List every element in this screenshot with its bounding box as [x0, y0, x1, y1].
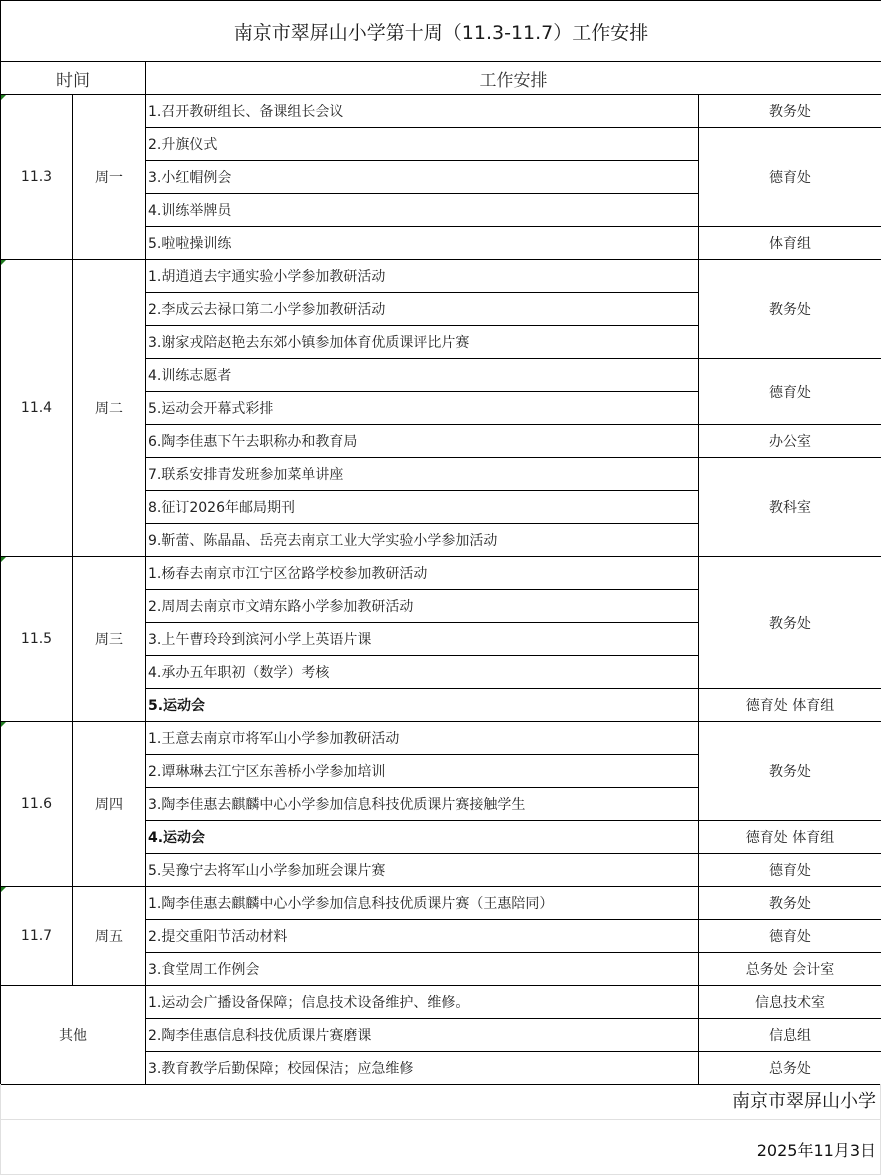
department-cell[interactable]: 信息技术室: [699, 986, 881, 1019]
department-cell[interactable]: 办公室: [699, 425, 881, 458]
date-cell[interactable]: 11.6: [1, 722, 73, 887]
table-row: 11.6周四1.王意去南京市将军山小学参加教研活动教务处: [1, 722, 881, 755]
table-row: 11.7周五1.陶李佳惠去麒麟中心小学参加信息科技优质课片赛（王惠陪同）教务处: [1, 887, 881, 920]
department-cell[interactable]: 教科室: [699, 458, 881, 557]
task-cell[interactable]: 2.李成云去禄口第二小学参加教研活动: [146, 293, 699, 326]
department-cell[interactable]: 总务处: [699, 1052, 881, 1085]
date-label: 11.5: [21, 631, 52, 647]
table-row: 11.4周二1.胡逍逍去宇通实验小学参加教研活动教务处: [1, 260, 881, 293]
task-cell[interactable]: 2.陶李佳惠信息科技优质课片赛磨课: [146, 1019, 699, 1052]
cell-comment-marker-icon: [1, 887, 6, 892]
task-cell[interactable]: 1.陶李佳惠去麒麟中心小学参加信息科技优质课片赛（王惠陪同）: [146, 887, 699, 920]
date-cell[interactable]: 11.5: [1, 557, 73, 722]
weekday-cell[interactable]: 周四: [73, 722, 146, 887]
date-cell[interactable]: 11.3: [1, 95, 73, 260]
page-title[interactable]: 南京市翠屏山小学第十周（11.3-11.7）工作安排: [1, 1, 881, 62]
department-cell[interactable]: 教务处: [699, 260, 881, 359]
task-cell[interactable]: 6.陶李佳惠下午去职称办和教育局: [146, 425, 699, 458]
header-time[interactable]: 时间: [1, 62, 146, 95]
footer-school-name[interactable]: 南京市翠屏山小学: [0, 1084, 881, 1120]
department-cell[interactable]: 德育处 体育组: [699, 821, 881, 854]
department-cell[interactable]: 德育处: [699, 854, 881, 887]
table-row: 11.5周三1.杨春去南京市江宁区岔路学校参加教研活动教务处: [1, 557, 881, 590]
task-cell[interactable]: 3.小红帽例会: [146, 161, 699, 194]
table-row: 其他1.运动会广播设备保障；信息技术设备维护、维修。信息技术室: [1, 986, 881, 1019]
task-cell[interactable]: 4.承办五年职初（数学）考核: [146, 656, 699, 689]
department-cell[interactable]: 教务处: [699, 722, 881, 821]
cell-comment-marker-icon: [1, 95, 6, 100]
department-cell[interactable]: 教务处: [699, 887, 881, 920]
department-cell[interactable]: 德育处 体育组: [699, 689, 881, 722]
task-cell[interactable]: 4.运动会: [146, 821, 699, 854]
date-label: 11.7: [21, 928, 52, 944]
department-cell[interactable]: 总务处 会计室: [699, 953, 881, 986]
date-label: 11.6: [21, 796, 52, 812]
task-cell[interactable]: 3.教育教学后勤保障；校园保洁；应急维修: [146, 1052, 699, 1085]
task-cell[interactable]: 4.训练志愿者: [146, 359, 699, 392]
cell-comment-marker-icon: [1, 260, 6, 265]
department-cell[interactable]: 信息组: [699, 1019, 881, 1052]
department-cell[interactable]: 德育处: [699, 128, 881, 227]
task-cell[interactable]: 1.召开教研组长、备课组长会议: [146, 95, 699, 128]
weekday-cell[interactable]: 周三: [73, 557, 146, 722]
task-cell[interactable]: 1.运动会广播设备保障；信息技术设备维护、维修。: [146, 986, 699, 1019]
task-cell[interactable]: 2.周周去南京市文靖东路小学参加教研活动: [146, 590, 699, 623]
task-cell[interactable]: 7.联系安排青发班参加菜单讲座: [146, 458, 699, 491]
weekday-cell[interactable]: 周二: [73, 260, 146, 557]
task-cell[interactable]: 4.训练举牌员: [146, 194, 699, 227]
cell-comment-marker-icon: [1, 722, 6, 727]
task-cell[interactable]: 5.吴豫宁去将军山小学参加班会课片赛: [146, 854, 699, 887]
schedule-table: 南京市翠屏山小学第十周（11.3-11.7）工作安排 时间 工作安排 11.3周…: [0, 0, 881, 1085]
department-cell[interactable]: 教务处: [699, 557, 881, 689]
department-cell[interactable]: 教务处: [699, 95, 881, 128]
date-label: 11.4: [21, 400, 52, 416]
task-cell[interactable]: 8.征订2026年邮局期刊: [146, 491, 699, 524]
date-cell[interactable]: 11.4: [1, 260, 73, 557]
table-row: 11.3周一1.召开教研组长、备课组长会议教务处: [1, 95, 881, 128]
department-cell[interactable]: 德育处: [699, 920, 881, 953]
task-cell[interactable]: 5.运动会开幕式彩排: [146, 392, 699, 425]
task-cell[interactable]: 1.杨春去南京市江宁区岔路学校参加教研活动: [146, 557, 699, 590]
other-label-cell[interactable]: 其他: [1, 986, 146, 1085]
task-cell[interactable]: 2.升旗仪式: [146, 128, 699, 161]
header-work[interactable]: 工作安排: [146, 62, 881, 95]
cell-comment-marker-icon: [1, 557, 6, 562]
task-cell[interactable]: 1.胡逍逍去宇通实验小学参加教研活动: [146, 260, 699, 293]
task-cell[interactable]: 1.王意去南京市将军山小学参加教研活动: [146, 722, 699, 755]
date-cell[interactable]: 11.7: [1, 887, 73, 986]
task-cell[interactable]: 3.食堂周工作例会: [146, 953, 699, 986]
task-cell[interactable]: 5.啦啦操训练: [146, 227, 699, 260]
task-cell[interactable]: 3.陶李佳惠去麒麟中心小学参加信息科技优质课片赛接触学生: [146, 788, 699, 821]
department-cell[interactable]: 德育处: [699, 359, 881, 425]
task-cell[interactable]: 3.上午曹玲玲到滨河小学上英语片课: [146, 623, 699, 656]
task-cell[interactable]: 9.靳蕾、陈晶晶、岳亮去南京工业大学实验小学参加活动: [146, 524, 699, 557]
footer-date[interactable]: 2025年11月3日: [0, 1120, 881, 1175]
date-label: 11.3: [21, 169, 52, 185]
task-cell[interactable]: 2.谭琳琳去江宁区东善桥小学参加培训: [146, 755, 699, 788]
task-cell[interactable]: 2.提交重阳节活动材料: [146, 920, 699, 953]
department-cell[interactable]: 体育组: [699, 227, 881, 260]
task-cell[interactable]: 5.运动会: [146, 689, 699, 722]
task-cell[interactable]: 3.谢家戎陪赵艳去东郊小镇参加体育优质课评比片赛: [146, 326, 699, 359]
weekday-cell[interactable]: 周五: [73, 887, 146, 986]
weekday-cell[interactable]: 周一: [73, 95, 146, 260]
